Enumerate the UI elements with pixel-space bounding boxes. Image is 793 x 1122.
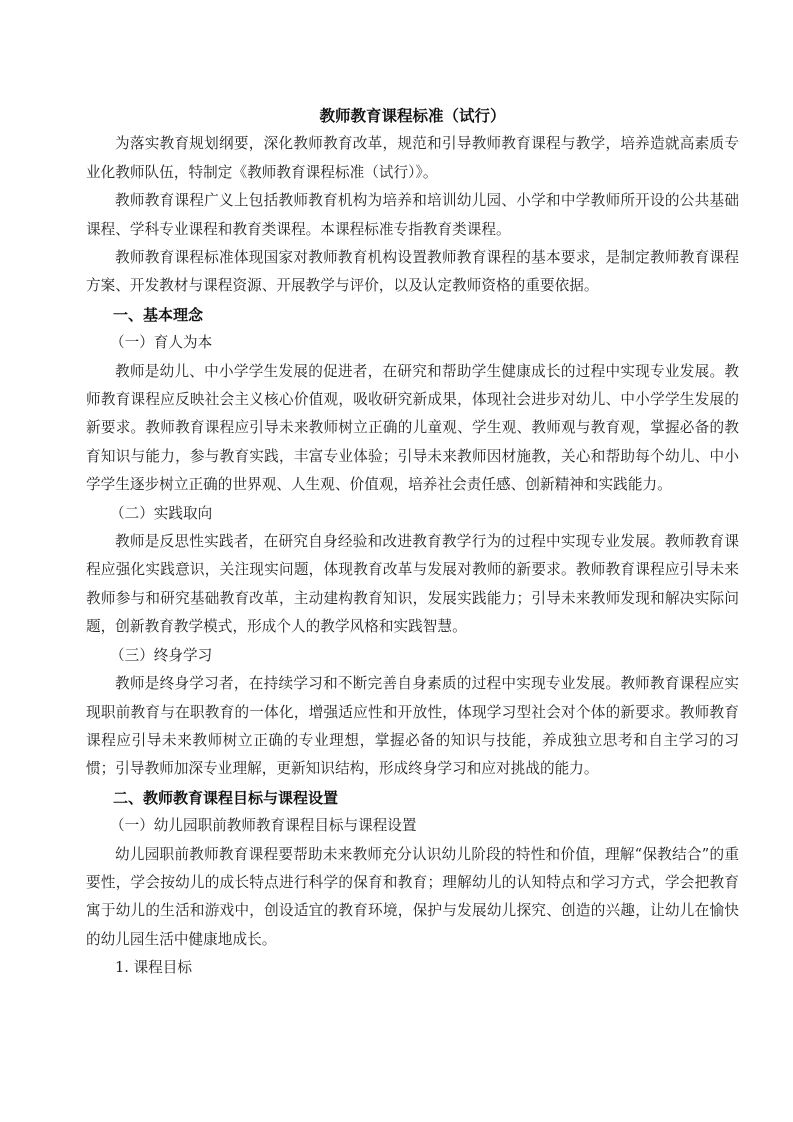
text-line: 方案、开发教材与课程资源、开展教学与评价，以及认定教师资格的重要依据。 <box>86 272 739 300</box>
subsection-heading-kindergarten: （一）幼儿园职前教师教育课程目标与课程设置 <box>86 812 739 840</box>
document-title: 教师教育课程标准（试行） <box>86 102 739 130</box>
document-page: 教师教育课程标准（试行） 为落实教育规划纲要，深化教师教育改革，规范和引导教师教… <box>86 102 739 983</box>
item-heading-course-goals: 1. 课程目标 <box>86 954 739 982</box>
subsection-heading-practice-oriented: （二）实践取向 <box>86 500 739 528</box>
paragraph-student-centered: 教师是幼儿、中小学学生发展的促进者，在研究和帮助学生健康成长的过程中实现专业发展… <box>86 358 739 500</box>
text-line: 幼儿园职前教师教育课程要帮助未来教师充分认识幼儿阶段的特性和价值，理解“保教结合… <box>86 841 739 869</box>
intro-paragraph-3: 教师教育课程标准体现国家对教师教育机构设置教师教育课程的基本要求，是制定教师教育… <box>86 244 739 301</box>
text-line: 课程、学科专业课程和教育类课程。本课程标准专指教育类课程。 <box>86 216 739 244</box>
text-line: 教师教育课程广义上包括教师教育机构为培养和培训幼儿园、小学和中学教师所开设的公共… <box>86 187 739 215</box>
text-line: 现职前教育与在职教育的一体化，增强适应性和开放性，体现学习型社会对个体的新要求。… <box>86 699 739 727</box>
intro-paragraph-1: 为落实教育规划纲要，深化教师教育改革，规范和引导教师教育课程与教学，培养造就高素… <box>86 130 739 187</box>
text-line: 的幼儿园生活中健康地成长。 <box>86 926 739 954</box>
text-line: 课程应引导未来教师树立正确的专业理想，掌握必备的知识与技能，养成独立思考和自主学… <box>86 727 739 755</box>
subsection-heading-student-centered: （一）育人为本 <box>86 329 739 357</box>
text-line: 教师教育课程标准体现国家对教师教育机构设置教师教育课程的基本要求，是制定教师教育… <box>86 244 739 272</box>
text-line: 业化教师队伍，特制定《教师教育课程标准（试行）》。 <box>86 159 739 187</box>
text-line: 惯；引导教师加深专业理解，更新知识结构，形成终身学习和应对挑战的能力。 <box>86 755 739 783</box>
intro-paragraph-2: 教师教育课程广义上包括教师教育机构为培养和培训幼儿园、小学和中学教师所开设的公共… <box>86 187 739 244</box>
section-heading-goals-and-settings: 二、教师教育课程目标与课程设置 <box>86 784 739 812</box>
text-line: 育知识与能力，参与教育实践，丰富专业体验；引导未来教师因材施教，关心和帮助每个幼… <box>86 443 739 471</box>
text-line: 教师是幼儿、中小学学生发展的促进者，在研究和帮助学生健康成长的过程中实现专业发展… <box>86 358 739 386</box>
text-line: 题，创新教育教学模式，形成个人的教学风格和实践智慧。 <box>86 613 739 641</box>
text-line: 新要求。教师教育课程应引导未来教师树立正确的儿童观、学生观、教师观与教育观，掌握… <box>86 414 739 442</box>
paragraph-kindergarten: 幼儿园职前教师教育课程要帮助未来教师充分认识幼儿阶段的特性和价值，理解“保教结合… <box>86 841 739 955</box>
text-line: 教师是反思性实践者，在研究自身经验和改进教育教学行为的过程中实现专业发展。教师教… <box>86 528 739 556</box>
text-line: 为落实教育规划纲要，深化教师教育改革，规范和引导教师教育课程与教学，培养造就高素… <box>86 130 739 158</box>
text-line: 师教育课程应反映社会主义核心价值观，吸收研究新成果，体现社会进步对幼儿、中小学学… <box>86 386 739 414</box>
text-line: 要性，学会按幼儿的成长特点进行科学的保育和教育；理解幼儿的认知特点和学习方式，学… <box>86 869 739 897</box>
paragraph-lifelong-learning: 教师是终身学习者，在持续学习和不断完善自身素质的过程中实现专业发展。教师教育课程… <box>86 670 739 784</box>
subsection-heading-lifelong-learning: （三）终身学习 <box>86 642 739 670</box>
text-line: 学学生逐步树立正确的世界观、人生观、价值观，培养社会责任感、创新精神和实践能力。 <box>86 471 739 499</box>
section-heading-basic-concepts: 一、基本理念 <box>86 301 739 329</box>
paragraph-practice-oriented: 教师是反思性实践者，在研究自身经验和改进教育教学行为的过程中实现专业发展。教师教… <box>86 528 739 642</box>
text-line: 寓于幼儿的生活和游戏中，创设适宜的教育环境，保护与发展幼儿探究、创造的兴趣，让幼… <box>86 897 739 925</box>
text-line: 教师是终身学习者，在持续学习和不断完善自身素质的过程中实现专业发展。教师教育课程… <box>86 670 739 698</box>
text-line: 程应强化实践意识，关注现实问题，体现教育改革与发展对教师的新要求。教师教育课程应… <box>86 556 739 584</box>
text-line: 教师参与和研究基础教育改革，主动建构教育知识，发展实践能力；引导未来教师发现和解… <box>86 585 739 613</box>
